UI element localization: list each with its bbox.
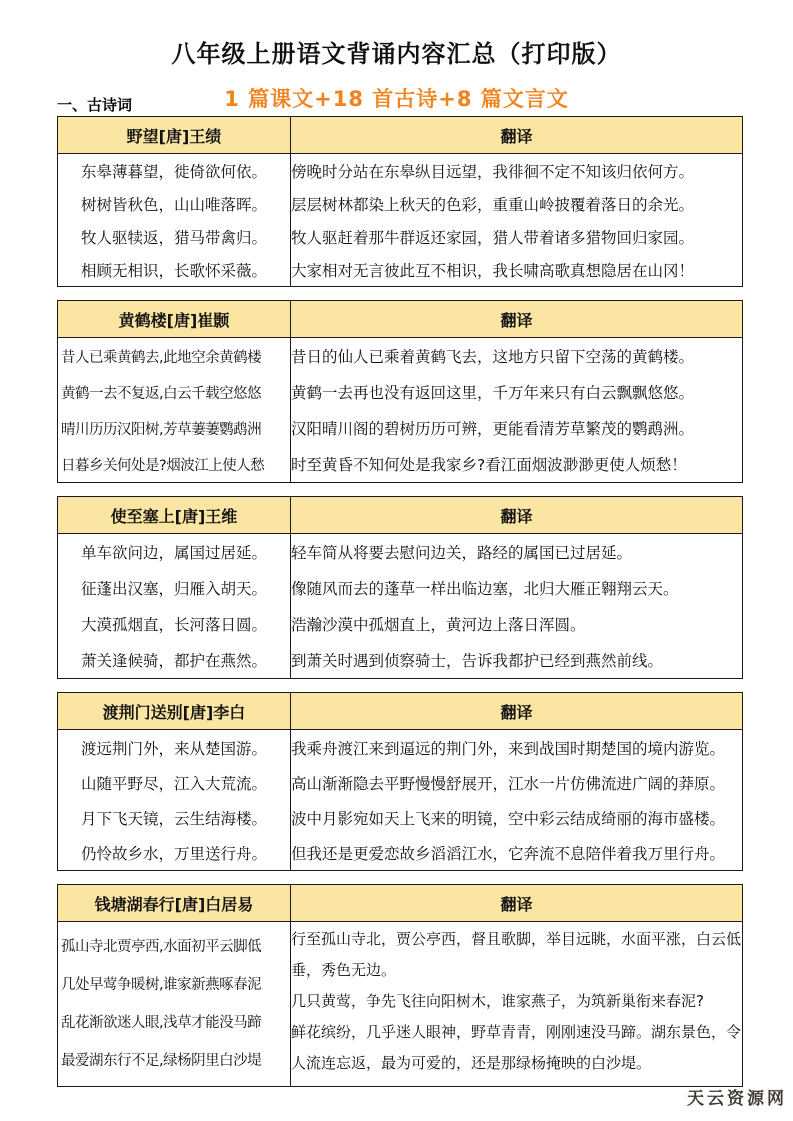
translation-cell: 高山渐渐隐去平野慢慢舒展开，江水一片仿佛流进广阔的莽原。 (291, 765, 743, 800)
poem-line-cell: 萧关逢候骑，都护在燕然。 (58, 642, 291, 679)
table-row: 东皋薄暮望，徙倚欲何依。 傍晚时分站在东皋纵目远望，我徘徊不定不知该归依何方。 (58, 154, 743, 188)
poem-line: 几处早莺争暖树,谁家新燕啄春泥 (61, 966, 290, 1004)
translation-cell: 像随风而去的蓬草一样出临边塞，北归大雁正翱翔云天。 (291, 570, 743, 606)
poem-line-cell: 昔人已乘黄鹤去,此地空余黄鹤楼 (58, 338, 291, 375)
translation-cell: 行至孤山寺北，贾公亭西，督且歌脚，举目远眺，水面平涨，白云低垂，秀色无边。 几只… (291, 922, 743, 1087)
table-row: 昔人已乘黄鹤去,此地空余黄鹤楼 昔日的仙人已乘着黄鹤飞去，这地方只留下空荡的黄鹤… (58, 338, 743, 375)
translation-cell: 浩瀚沙漠中孤烟直上，黄河边上落日浑圆。 (291, 606, 743, 642)
poem-title-header: 使至塞上[唐]王维 (58, 497, 291, 534)
table-row: 树树皆秋色，山山唯落晖。 层层树林都染上秋天的色彩，重重山岭披覆着落日的余光。 (58, 187, 743, 220)
translation-cell: 到萧关时遇到侦察骑士，告诉我都护已经到燕然前线。 (291, 642, 743, 679)
table-row: 单车欲问边，属国过居延。 轻车简从将要去慰问边关，路经的属国已过居延。 (58, 534, 743, 571)
translation-header: 翻译 (291, 301, 743, 338)
translation-cell: 牧人驱赶着那牛群返还家园，猎人带着诸多猎物回归家园。 (291, 220, 743, 253)
translation-paragraph: 几只黄莺，争先飞往向阳树木，谁家燕子，为筑新巢衔来春泥? (291, 986, 742, 1017)
poem-line-cell: 单车欲问边，属国过居延。 (58, 534, 291, 571)
poem-table-shizhisaishang: 使至塞上[唐]王维 翻译 单车欲问边，属国过居延。 轻车简从将要去慰问边关，路经… (57, 496, 743, 679)
poem-line-cell: 相顾无相识，长歌怀采薇。 (58, 253, 291, 287)
poem-line-cell: 月下飞天镜，云生结海楼。 (58, 800, 291, 835)
translation-cell: 波中月影宛如天上飞来的明镜，空中彩云结成绮丽的海市盛楼。 (291, 800, 743, 835)
translation-cell: 大家相对无言彼此互不相识，我长啸高歌真想隐居在山冈！ (291, 253, 743, 287)
table-header-row: 使至塞上[唐]王维 翻译 (58, 497, 743, 534)
poem-line: 最爱湖东行不足,绿杨阴里白沙堤 (61, 1042, 290, 1080)
subtitle-row: 1 篇课文+18 首古诗+8 篇文言文 一、古诗词 (0, 83, 793, 113)
table-header-row: 钱塘湖春行[唐]白居易 翻译 (58, 885, 743, 922)
poem-table-yewang: 野望[唐]王绩 翻译 东皋薄暮望，徙倚欲何依。 傍晚时分站在东皋纵目远望，我徘徊… (57, 116, 743, 287)
translation-cell: 汉阳晴川阁的碧树历历可辨，更能看清芳草繁茂的鹦鹉洲。 (291, 410, 743, 446)
table-header-row: 野望[唐]王绩 翻译 (58, 117, 743, 154)
poem-line-cell: 大漠孤烟直，长河落日圆。 (58, 606, 291, 642)
table-row: 相顾无相识，长歌怀采薇。 大家相对无言彼此互不相识，我长啸高歌真想隐居在山冈！ (58, 253, 743, 287)
translation-header: 翻译 (291, 885, 743, 922)
table-row: 仍怜故乡水，万里送行舟。 但我还是更爱恋故乡滔滔江水，它奔流不息陪伴着我万里行舟… (58, 835, 743, 871)
translation-cell: 但我还是更爱恋故乡滔滔江水，它奔流不息陪伴着我万里行舟。 (291, 835, 743, 871)
table-row: 晴川历历汉阳树,芳草萋萋鹦鹉洲 汉阳晴川阁的碧树历历可辨，更能看清芳草繁茂的鹦鹉… (58, 410, 743, 446)
poem-line-cell: 仍怜故乡水，万里送行舟。 (58, 835, 291, 871)
translation-paragraph: 行至孤山寺北，贾公亭西，督且歌脚，举目远眺，水面平涨，白云低垂，秀色无边。 (291, 924, 742, 986)
table-row: 牧人驱犊返，猎马带禽归。 牧人驱赶着那牛群返还家园，猎人带着诸多猎物回归家园。 (58, 220, 743, 253)
table-header-row: 黄鹤楼[唐]崔颢 翻译 (58, 301, 743, 338)
poem-line-cell: 树树皆秋色，山山唯落晖。 (58, 187, 291, 220)
translation-cell: 黄鹤一去再也没有返回这里，千万年来只有白云飘飘悠悠。 (291, 374, 743, 410)
poem-lines-cell: 孤山寺北贾亭西,水面初平云脚低 几处早莺争暖树,谁家新燕啄春泥 乱花渐欲迷人眼,… (58, 922, 291, 1087)
translation-header: 翻译 (291, 117, 743, 154)
poem-line-cell: 晴川历历汉阳树,芳草萋萋鹦鹉洲 (58, 410, 291, 446)
poem-line-cell: 山随平野尽，江入大荒流。 (58, 765, 291, 800)
watermark: 天云资源网 (687, 1084, 787, 1109)
table-row: 山随平野尽，江入大荒流。 高山渐渐隐去平野慢慢舒展开，江水一片仿佛流进广阔的莽原… (58, 765, 743, 800)
poem-table-dujingmensongbie: 渡荆门送别[唐]李白 翻译 渡远荆门外，来从楚国游。 我乘舟渡江来到逼远的荆门外… (57, 692, 743, 871)
table-row: 月下飞天镜，云生结海楼。 波中月影宛如天上飞来的明镜，空中彩云结成绮丽的海市盛楼… (58, 800, 743, 835)
translation-cell: 时至黄昏不知何处是我家乡?看江面烟波渺渺更使人烦愁！ (291, 446, 743, 483)
poem-line-cell: 东皋薄暮望，徙倚欲何依。 (58, 154, 291, 188)
translation-cell: 轻车简从将要去慰问边关，路经的属国已过居延。 (291, 534, 743, 571)
table-row: 黄鹤一去不复返,白云千载空悠悠 黄鹤一去再也没有返回这里，千万年来只有白云飘飘悠… (58, 374, 743, 410)
poem-title-header: 钱塘湖春行[唐]白居易 (58, 885, 291, 922)
poem-line-cell: 黄鹤一去不复返,白云千载空悠悠 (58, 374, 291, 410)
poem-tables-container: 野望[唐]王绩 翻译 东皋薄暮望，徙倚欲何依。 傍晚时分站在东皋纵目远望，我徘徊… (57, 116, 742, 1100)
table-row: 萧关逢候骑，都护在燕然。 到萧关时遇到侦察骑士，告诉我都护已经到燕然前线。 (58, 642, 743, 679)
poem-title-header: 野望[唐]王绩 (58, 117, 291, 154)
table-row: 日暮乡关何处是?烟波江上使人愁 时至黄昏不知何处是我家乡?看江面烟波渺渺更使人烦… (58, 446, 743, 483)
poem-title-header: 黄鹤楼[唐]崔颢 (58, 301, 291, 338)
translation-cell: 层层树林都染上秋天的色彩，重重山岭披覆着落日的余光。 (291, 187, 743, 220)
translation-paragraph: 鲜花缤纷，几乎迷人眼神，野草青青，刚刚速没马蹄。湖东景色，令人流连忘返，最为可爱… (291, 1017, 742, 1079)
poem-title-header: 渡荆门送别[唐]李白 (58, 693, 291, 730)
table-row: 大漠孤烟直，长河落日圆。 浩瀚沙漠中孤烟直上，黄河边上落日浑圆。 (58, 606, 743, 642)
poem-table-huanghelou: 黄鹤楼[唐]崔颢 翻译 昔人已乘黄鹤去,此地空余黄鹤楼 昔日的仙人已乘着黄鹤飞去… (57, 300, 743, 483)
document-page: 八年级上册语文背诵内容汇总（打印版） 1 篇课文+18 首古诗+8 篇文言文 一… (0, 34, 793, 113)
poem-line-cell: 征蓬出汉塞，归雁入胡天。 (58, 570, 291, 606)
translation-cell: 昔日的仙人已乘着黄鹤飞去，这地方只留下空荡的黄鹤楼。 (291, 338, 743, 375)
poem-line-cell: 渡远荆门外，来从楚国游。 (58, 730, 291, 766)
translation-cell: 傍晚时分站在东皋纵目远望，我徘徊不定不知该归依何方。 (291, 154, 743, 188)
section-heading: 一、古诗词 (57, 94, 132, 115)
page-title: 八年级上册语文背诵内容汇总（打印版） (0, 34, 793, 69)
poem-line: 孤山寺北贾亭西,水面初平云脚低 (61, 928, 290, 966)
poem-line: 乱花渐欲迷人眼,浅草才能没马蹄 (61, 1004, 290, 1042)
table-header-row: 渡荆门送别[唐]李白 翻译 (58, 693, 743, 730)
poem-table-qiantanghuchunxing: 钱塘湖春行[唐]白居易 翻译 孤山寺北贾亭西,水面初平云脚低 几处早莺争暖树,谁… (57, 884, 743, 1087)
table-row: 渡远荆门外，来从楚国游。 我乘舟渡江来到逼远的荆门外，来到战国时期楚国的境内游览… (58, 730, 743, 766)
poem-line-cell: 牧人驱犊返，猎马带禽归。 (58, 220, 291, 253)
table-row: 征蓬出汉塞，归雁入胡天。 像随风而去的蓬草一样出临边塞，北归大雁正翱翔云天。 (58, 570, 743, 606)
translation-cell: 我乘舟渡江来到逼远的荆门外，来到战国时期楚国的境内游览。 (291, 730, 743, 766)
translation-header: 翻译 (291, 693, 743, 730)
poem-line-cell: 日暮乡关何处是?烟波江上使人愁 (58, 446, 291, 483)
translation-header: 翻译 (291, 497, 743, 534)
table-row: 孤山寺北贾亭西,水面初平云脚低 几处早莺争暖树,谁家新燕啄春泥 乱花渐欲迷人眼,… (58, 922, 743, 1087)
